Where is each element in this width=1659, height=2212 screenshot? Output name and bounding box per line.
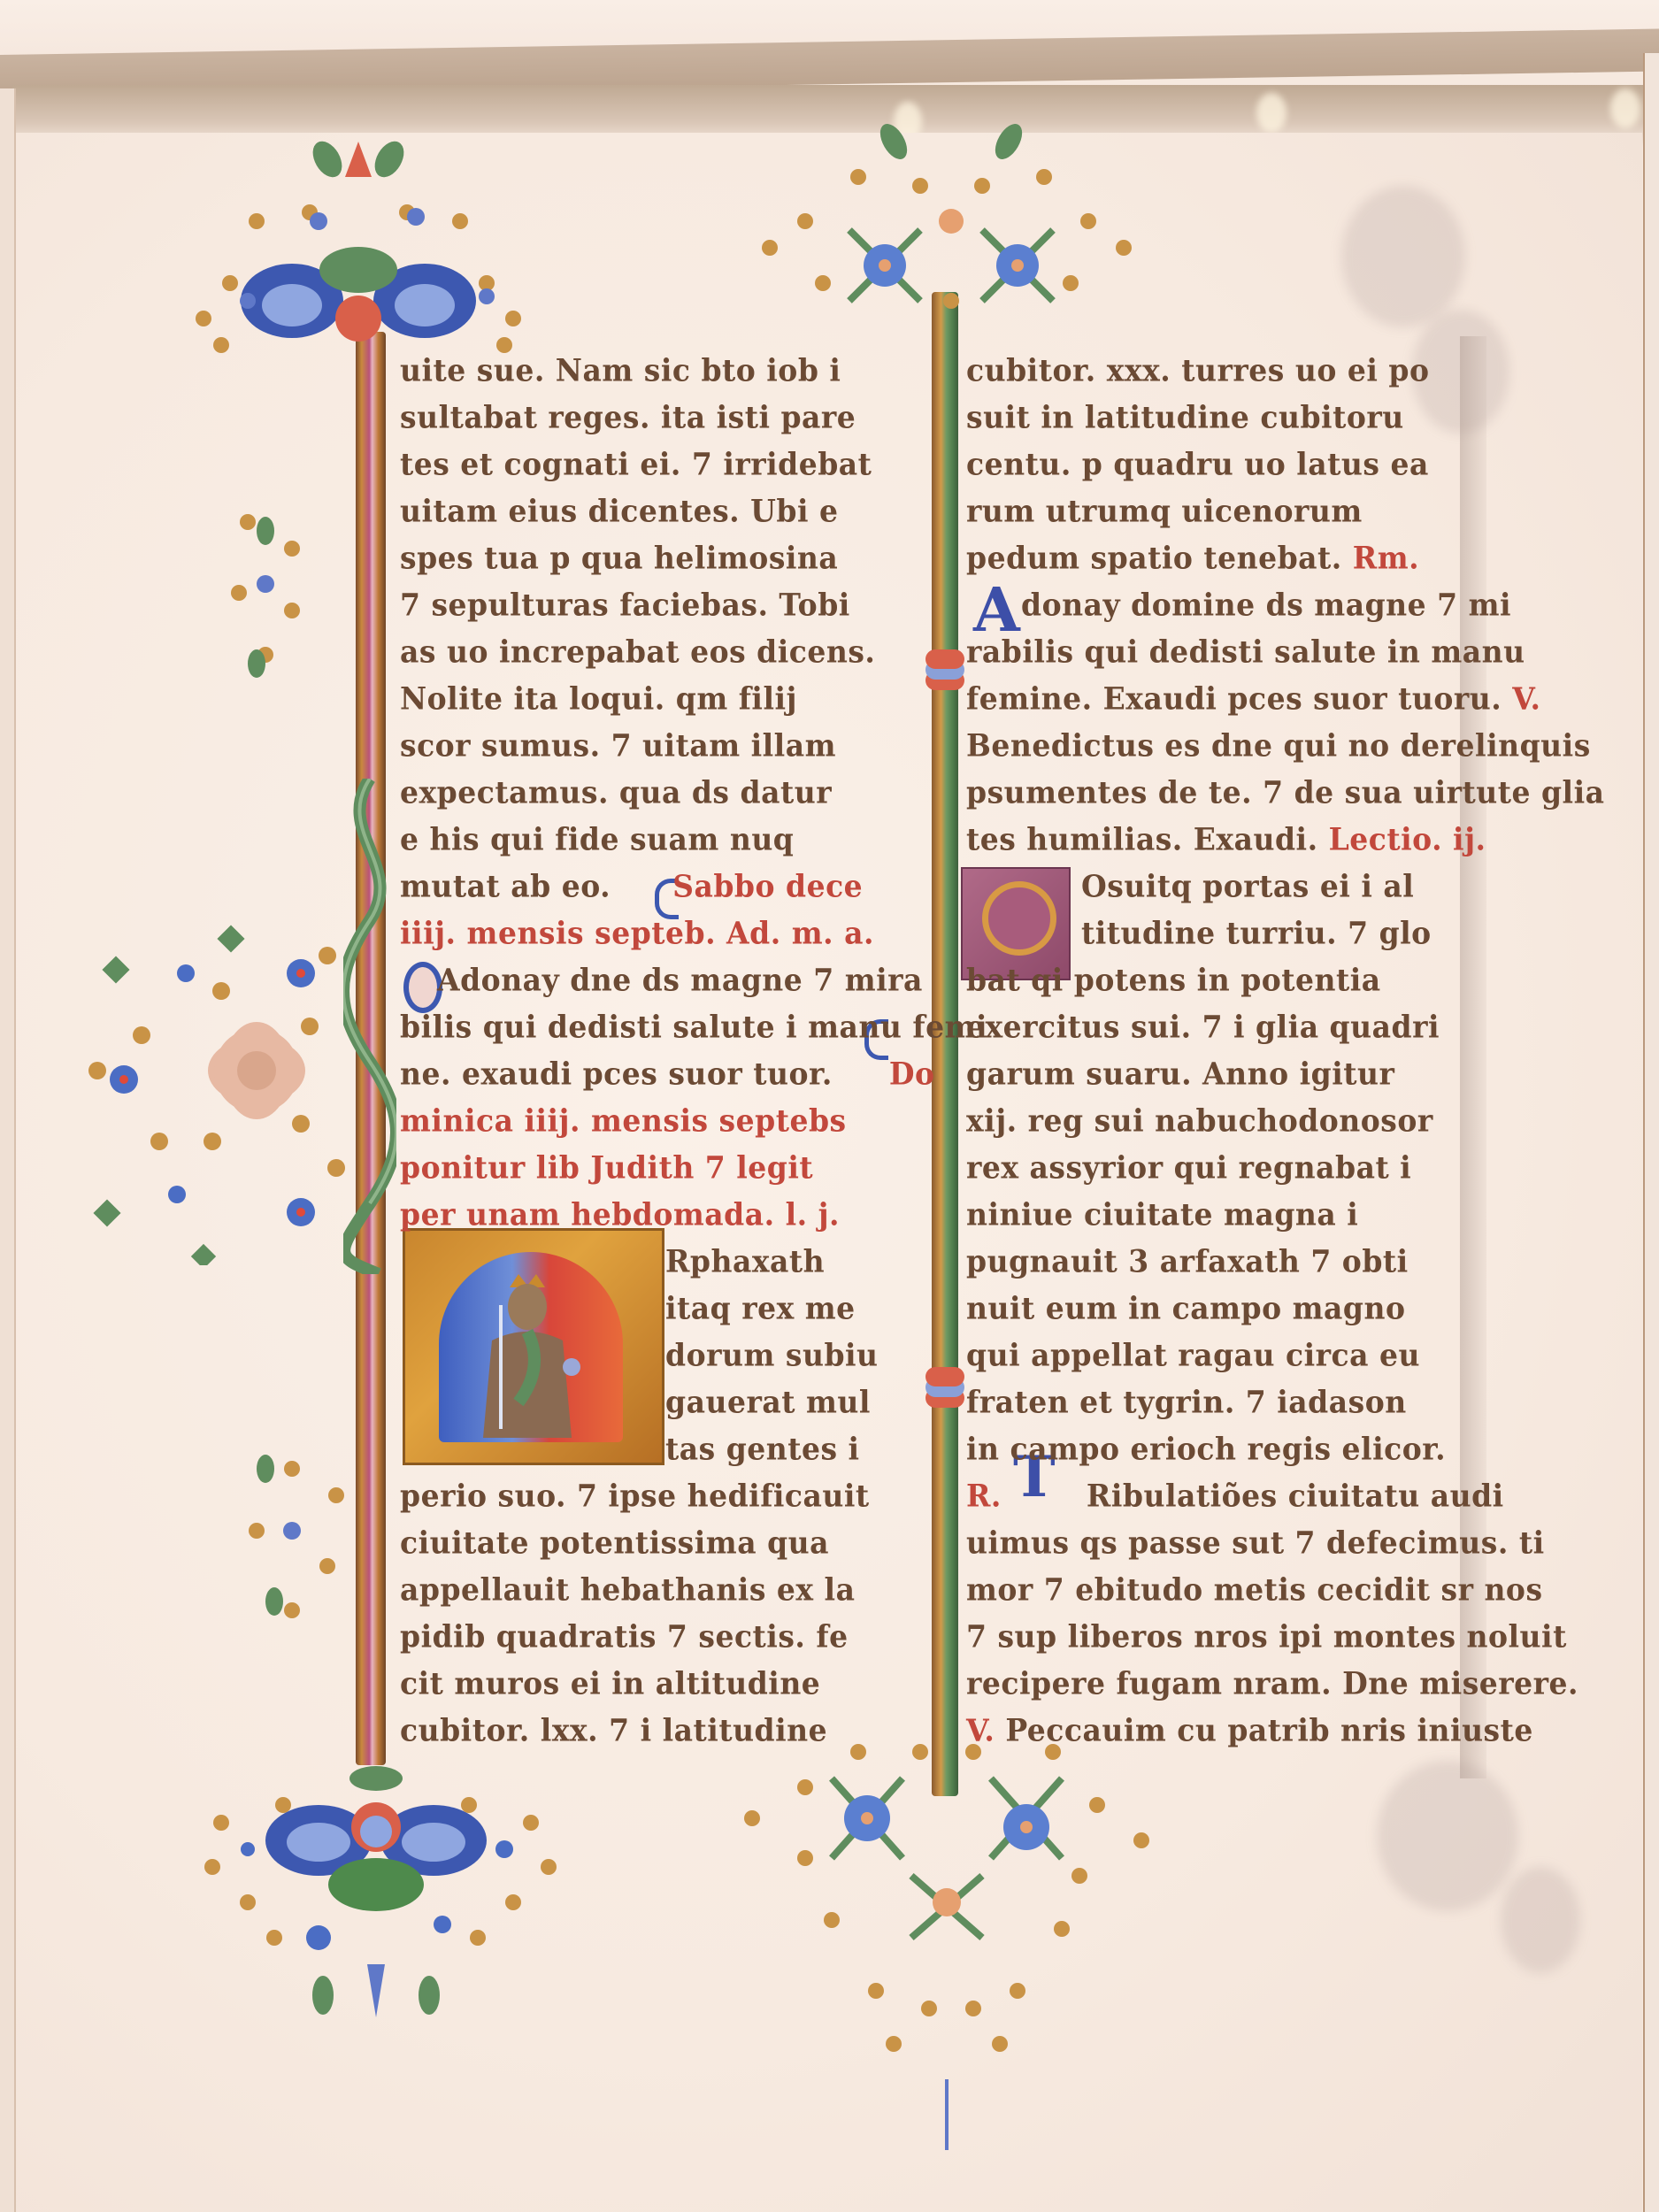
responsory-line: rabilis qui dedisti salute in manu (966, 627, 1471, 677)
text-line: suit in latitudine cubitoru (966, 393, 1471, 442)
rubric-responsory: R. (966, 1478, 1002, 1514)
lesson-line: fraten et tygrin. 7 iadason (966, 1378, 1471, 1427)
frame-side-left (0, 88, 16, 2212)
lesson-line: garum suaru. Anno igitur (966, 1049, 1471, 1099)
lesson-line: nuit eum in campo magno (966, 1284, 1471, 1333)
lesson-line: itaq rex me (400, 1284, 895, 1333)
text-line: rum utrumq uicenorum (966, 487, 1471, 536)
lesson-line: Osuitq portas ei i al (966, 862, 1471, 911)
versicle-line: Benedictus es dne qui no derelinquis (966, 721, 1471, 771)
text-line: 7 sepulturas faciebas. Tobi (400, 580, 895, 630)
antiphon-line: Adonay dne ds magne 7 mira (400, 956, 895, 1005)
text-line: cubitor. xxx. turres uo ei po (966, 346, 1471, 396)
lesson-line: tas gentes i (400, 1425, 895, 1474)
responsory-line: 7 sup liberos nros ipi montes noluit (966, 1612, 1471, 1662)
stain (1501, 1867, 1580, 1973)
lesson-line: exercitus sui. 7 i glia quadri (966, 1002, 1471, 1052)
stain (1341, 186, 1465, 327)
text-line-with-rubric: mutat ab eo. Sabbo dece (400, 862, 895, 911)
rubric-line: iiij. mensis septeb. Ad. m. a. (400, 909, 895, 958)
glass-reflection (1610, 88, 1640, 128)
text-segment: Ribulatiões ciuitatu audi (1087, 1478, 1504, 1514)
text-line-with-rubric: pedum spatio tenebat. Rm. (966, 534, 1471, 583)
frame-side-right (1643, 53, 1659, 2212)
bottom-center-ornament (726, 1725, 1186, 2150)
lesson-line: gauerat mul (400, 1378, 895, 1427)
stain (1377, 1761, 1518, 1911)
responsory-line: mor 7 ebitudo metis cecidit sr nos (966, 1565, 1471, 1615)
text-segment: tes humilias. Exaudi. (966, 821, 1318, 857)
lesson-line: appellauit hebathanis ex la (400, 1565, 895, 1615)
lesson-line: xij. reg sui nabuchodonosor (966, 1096, 1471, 1146)
left-margin-sprig-lower (204, 1433, 363, 1646)
glass-reflection (1256, 93, 1286, 133)
rubric-lectio: Lectio. ij. (1329, 821, 1486, 857)
lesson-line: ciuitate potentissima qua (400, 1518, 895, 1568)
left-text-column: uite sue. Nam sic bto iob i sultabat reg… (400, 347, 895, 1754)
lesson-line: Rphaxath (400, 1237, 895, 1286)
lesson-line: in campo erioch regis elicor. (966, 1425, 1471, 1474)
rubric-line: minica iiij. mensis septebs (400, 1096, 895, 1146)
versicle-line-with-rubric: tes humilias. Exaudi. Lectio. ij. (966, 815, 1471, 864)
rubric-line: ponitur lib Judith 7 legit (400, 1143, 895, 1193)
text-line: sultabat reges. ita isti pare (400, 393, 895, 442)
lesson-line: bat qi potens in potentia (966, 956, 1471, 1005)
left-margin-sprig (159, 495, 354, 690)
responsory-line-with-versicle: femine. Exaudi pces suor tuoru. V. (966, 674, 1471, 724)
text-line: e his qui fide suam nuq (400, 815, 895, 864)
text-line: spes tua p qua helimosina (400, 534, 895, 583)
responsory-line: uimus qs passe sut 7 defecimus. ti (966, 1518, 1471, 1568)
lesson-line: dorum subiu (400, 1331, 895, 1380)
text-segment: femine. Exaudi pces suor tuoru. (966, 680, 1502, 717)
text-segment: Peccauim cu patrib nris iniuste (1005, 1712, 1533, 1748)
lesson-line: titudine turriu. 7 glo (966, 909, 1471, 958)
text-line: uite sue. Nam sic bto iob i (400, 346, 895, 396)
antiphon-line-with-rubric: ne. exaudi pces suor tuor. Do (400, 1049, 895, 1099)
lesson-line: niniue ciuitate magna i (966, 1190, 1471, 1240)
responsory-line: recipere fugam nram. Dne miserere. (966, 1659, 1471, 1709)
versicle-line: V. Peccauim cu patrib nris iniuste (966, 1706, 1471, 1755)
top-center-ornament (717, 124, 1177, 336)
rubric-heading: Sabbo dece (672, 868, 863, 904)
rubric-line: per unam hebdomada. l. j. (400, 1190, 895, 1240)
rubric-responsory: Rm. (1353, 540, 1419, 576)
text-line: expectamus. qua ds datur (400, 768, 895, 818)
text-line: Nolite ita loqui. qm filij (400, 674, 895, 724)
versicle-mark: V. (1512, 680, 1540, 717)
lesson-line: pidib quadratis 7 sectis. fe (400, 1612, 895, 1662)
top-left-ornament (168, 124, 557, 354)
lesson-line: rex assyrior qui regnabat i (966, 1143, 1471, 1193)
left-margin-rosette (44, 876, 363, 1265)
lesson-line: cubitor. lxx. 7 i latitudine (400, 1706, 895, 1755)
versicle-line: psumentes de te. 7 de sua uirtute glia (966, 768, 1471, 818)
lesson-line: pugnauit 3 arfaxath 7 obti (966, 1237, 1471, 1286)
rubric-segment: Do (889, 1056, 935, 1092)
bottom-left-ornament (177, 1761, 584, 2026)
lesson-line: cit muros ei in altitudine (400, 1659, 895, 1709)
responsory-line: donay domine ds magne 7 mi (966, 580, 1471, 630)
text-line: tes et cognati ei. 7 irridebat (400, 440, 895, 489)
text-segment: pedum spatio tenebat. (966, 540, 1342, 576)
text-segment: mutat ab eo. (400, 868, 611, 904)
right-text-column: cubitor. xxx. turres uo ei po suit in la… (966, 347, 1471, 1754)
versicle-mark: V. (966, 1712, 995, 1748)
text-segment: ne. exaudi pces suor tuor. (400, 1056, 833, 1092)
text-line: centu. p quadru uo latus ea (966, 440, 1471, 489)
text-line: as uo increpabat eos dicens. (400, 627, 895, 677)
text-line: uitam eius dicentes. Ubi e (400, 487, 895, 536)
lesson-line: perio suo. 7 ipse hedificauit (400, 1471, 895, 1521)
text-line: scor sumus. 7 uitam illam (400, 721, 895, 771)
responsory-line-with-rubric: R. Ribulatiões ciuitatu audi (966, 1471, 1471, 1521)
bar-knot (926, 649, 964, 669)
antiphon-line: bilis qui dedisti salute i manu femi (400, 1002, 895, 1052)
lesson-line: qui appellat ragau circa eu (966, 1331, 1471, 1380)
bar-knot (926, 1367, 964, 1386)
